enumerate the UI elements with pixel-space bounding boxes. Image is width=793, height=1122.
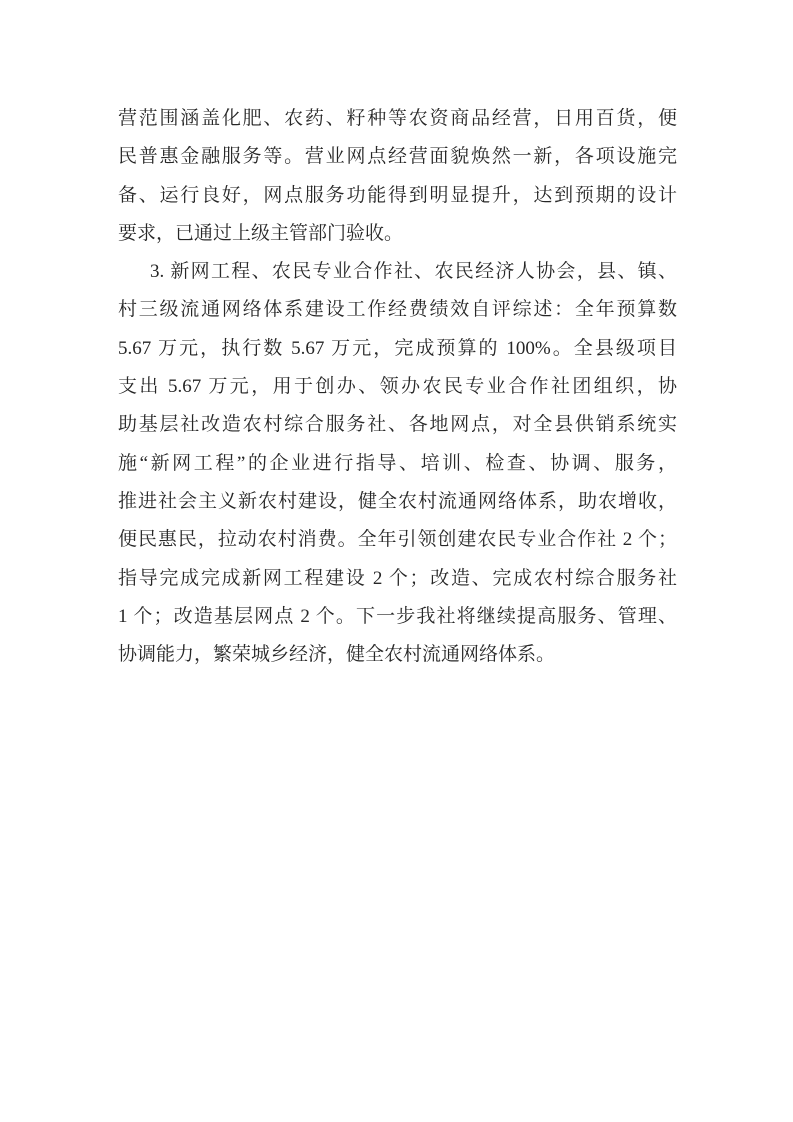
text-line: 推进社会主义新农村建设，健全农村流通网络体系，助农增收， xyxy=(118,483,677,521)
text-line-paragraph-end: 协调能力，繁荣城乡经济，健全农村流通网络体系。 xyxy=(118,636,677,674)
text-line-paragraph-end: 要求，已通过上级主管部门验收。 xyxy=(118,215,677,253)
text-line: 施“新网工程”的企业进行指导、培训、检查、协调、服务， xyxy=(118,445,677,483)
text-line: 5.67 万元，执行数 5.67 万元，完成预算的 100%。全县级项目 xyxy=(118,330,677,368)
text-line: 指导完成完成新网工程建设 2 个；改造、完成农村综合服务社 xyxy=(118,560,677,598)
text-line: 备、运行良好，网点服务功能得到明显提升，达到预期的设计 xyxy=(118,177,677,215)
document-page: 营范围涵盖化肥、农药、籽种等农资商品经营，日用百货，便 民普惠金融服务等。营业网… xyxy=(0,0,793,1122)
text-line: 营范围涵盖化肥、农药、籽种等农资商品经营，日用百货，便 xyxy=(118,100,677,138)
text-line: 便民惠民，拉动农村消费。全年引领创建农民专业合作社 2 个； xyxy=(118,521,677,559)
text-line: 支出 5.67 万元，用于创办、领办农民专业合作社团组织，协 xyxy=(118,368,677,406)
text-line: 1 个；改造基层网点 2 个。下一步我社将继续提高服务、管理、 xyxy=(118,598,677,636)
document-text-block: 营范围涵盖化肥、农药、籽种等农资商品经营，日用百货，便 民普惠金融服务等。营业网… xyxy=(118,100,677,674)
text-line: 民普惠金融服务等。营业网点经营面貌焕然一新，各项设施完 xyxy=(118,138,677,176)
text-line-paragraph-start: 3. 新网工程、农民专业合作社、农民经济人协会，县、镇、 xyxy=(118,253,677,291)
text-line: 助基层社改造农村综合服务社、各地网点，对全县供销系统实 xyxy=(118,406,677,444)
text-line: 村三级流通网络体系建设工作经费绩效自评综述：全年预算数 xyxy=(118,291,677,329)
